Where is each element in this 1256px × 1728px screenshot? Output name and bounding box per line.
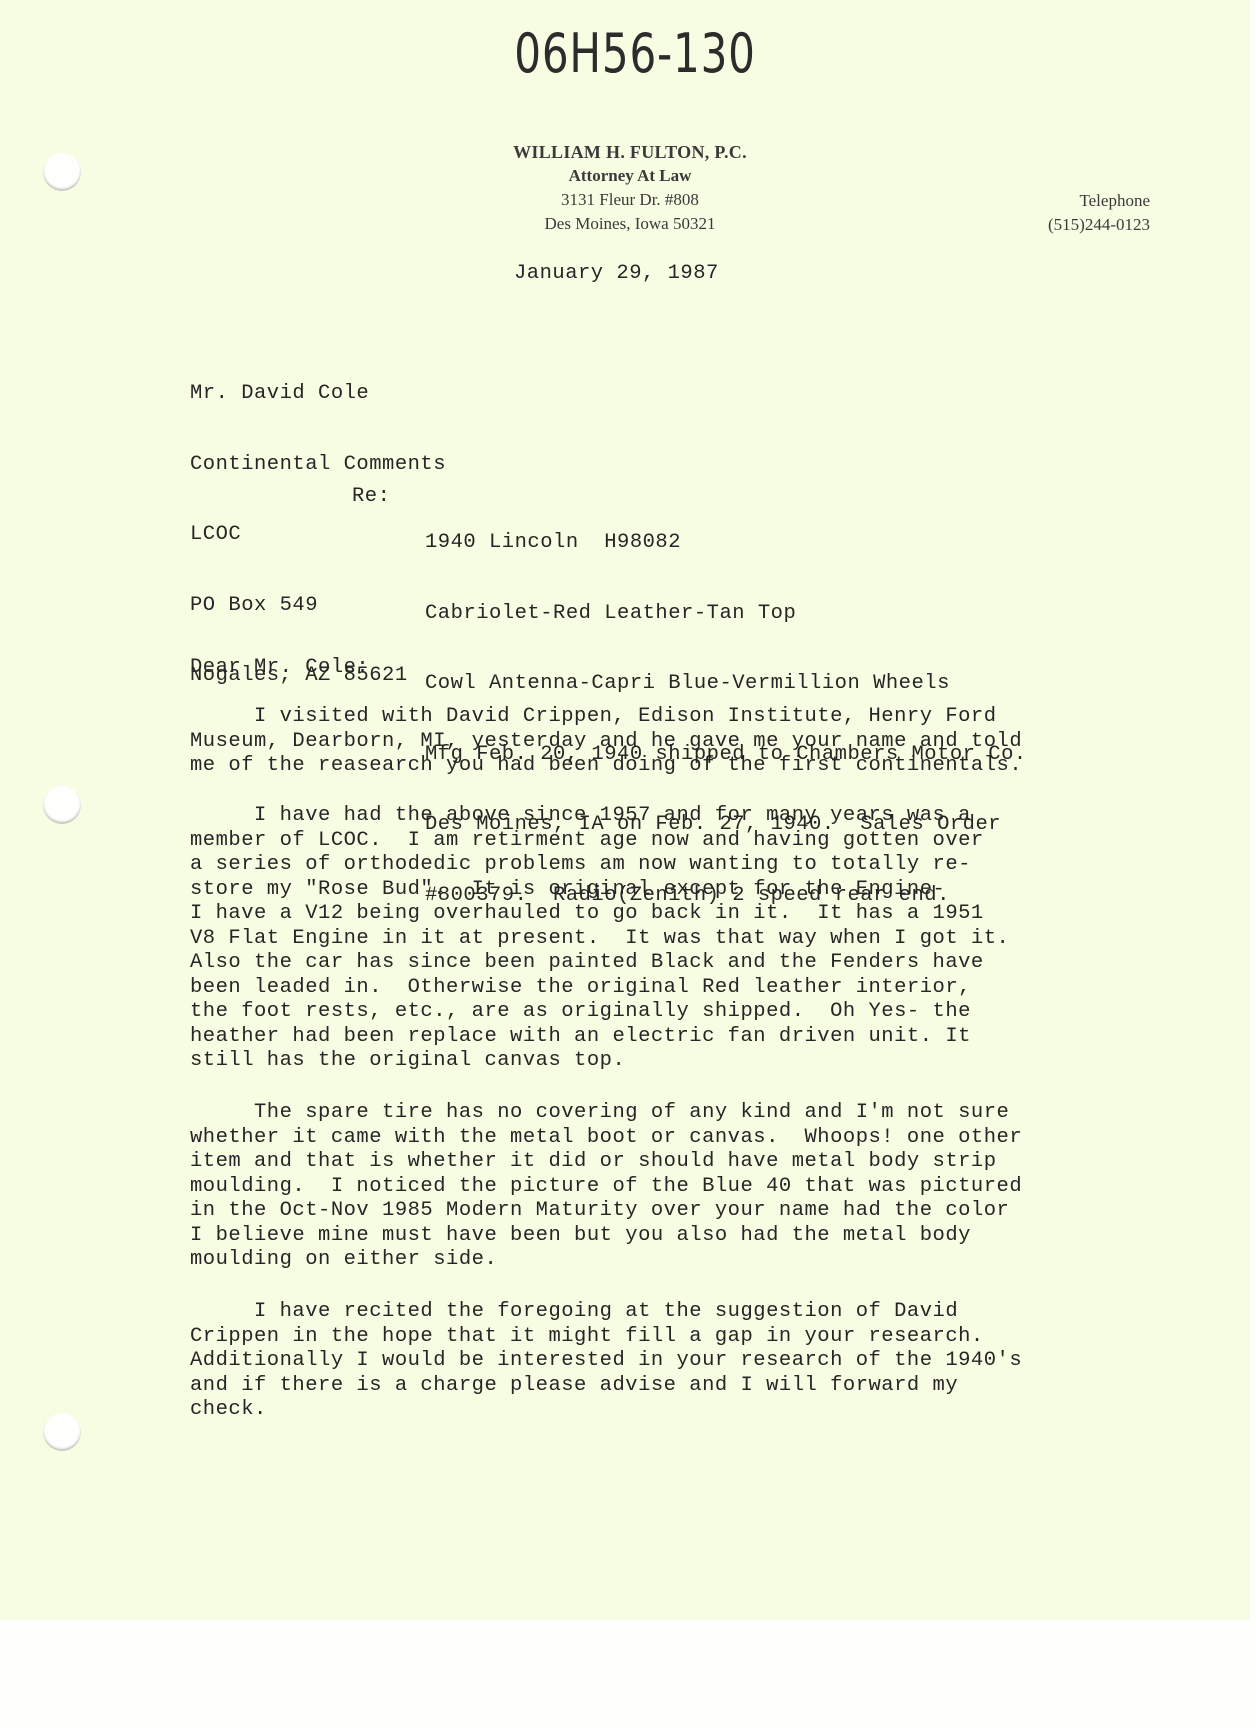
letter-page: 06H56-130 WILLIAM H. FULTON, P.C. Attorn…: [0, 0, 1250, 1620]
paragraph-line: Museum, Dearborn, MI, yesterday and he g…: [190, 730, 1022, 755]
body-paragraph: I have had the above since 1957 and for …: [190, 804, 1009, 1074]
paragraph-line: I visited with David Crippen, Edison Ins…: [190, 705, 1022, 730]
punch-hole: [43, 1413, 81, 1451]
recipient-line: PO Box 549: [190, 594, 446, 619]
firm-phone: Telephone (515)244-0123: [1010, 189, 1150, 237]
salutation: Dear Mr. Cole:: [190, 656, 369, 681]
paragraph-line: a series of orthodedic problems am now w…: [190, 853, 1009, 878]
handwritten-file-number: 06H56-130: [506, 22, 763, 85]
paragraph-line: still has the original canvas top.: [190, 1049, 1009, 1074]
subject-line: 1940 Lincoln H98082: [425, 531, 1027, 556]
paragraph-line: Additionally I would be interested in yo…: [190, 1349, 1022, 1374]
subject-line: Cabriolet-Red Leather-Tan Top: [425, 602, 1027, 627]
paragraph-line: Crippen in the hope that it might fill a…: [190, 1325, 1022, 1350]
phone-number: (515)244-0123: [1010, 213, 1150, 237]
paragraph-line: V8 Flat Engine in it at present. It was …: [190, 927, 1009, 952]
paragraph-line: I believe mine must have been but you al…: [190, 1224, 1022, 1249]
recipient-line: Continental Comments: [190, 453, 446, 478]
firm-title: Attorney At Law: [430, 164, 830, 188]
paragraph-line: The spare tire has no covering of any ki…: [190, 1101, 1022, 1126]
paragraph-line: check.: [190, 1398, 1022, 1423]
subject-label: Re:: [352, 485, 390, 510]
paragraph-line: and if there is a charge please advise a…: [190, 1374, 1022, 1399]
phone-label: Telephone: [1010, 189, 1150, 213]
firm-address-line1: 3131 Fleur Dr. #808: [430, 188, 830, 212]
paragraph-line: item and that is whether it did or shoul…: [190, 1150, 1022, 1175]
firm-address-line2: Des Moines, Iowa 50321: [430, 212, 830, 236]
paragraph-line: I have had the above since 1957 and for …: [190, 804, 1009, 829]
paragraph-line: member of LCOC. I am retirment age now a…: [190, 829, 1009, 854]
subject-line: Cowl Antenna-Capri Blue-Vermillion Wheel…: [425, 672, 1027, 697]
paragraph-line: the foot rests, etc., are as originally …: [190, 1000, 1009, 1025]
body-paragraph: I visited with David Crippen, Edison Ins…: [190, 705, 1022, 779]
paragraph-line: been leaded in. Otherwise the original R…: [190, 976, 1009, 1001]
paragraph-line: in the Oct-Nov 1985 Modern Maturity over…: [190, 1199, 1022, 1224]
paragraph-line: heather had been replace with an electri…: [190, 1025, 1009, 1050]
body-paragraph: I have recited the foregoing at the sugg…: [190, 1300, 1022, 1423]
recipient-line: LCOC: [190, 523, 446, 548]
paragraph-line: moulding on either side.: [190, 1248, 1022, 1273]
punch-hole: [43, 153, 81, 191]
paragraph-line: Also the car has since been painted Blac…: [190, 951, 1009, 976]
firm-name: WILLIAM H. FULTON, P.C.: [430, 140, 830, 164]
paragraph-line: me of the reasearch you had been doing o…: [190, 754, 1022, 779]
body-paragraph: The spare tire has no covering of any ki…: [190, 1101, 1022, 1273]
subject-block: Re: 1940 Lincoln H98082 Cabriolet-Red Le…: [352, 485, 403, 577]
paragraph-line: whether it came with the metal boot or c…: [190, 1126, 1022, 1151]
letter-date: January 29, 1987: [514, 262, 719, 287]
paragraph-line: store my "Rose Bud". It is original exce…: [190, 878, 1009, 903]
paragraph-line: moulding. I noticed the picture of the B…: [190, 1175, 1022, 1200]
paragraph-line: I have a V12 being overhauled to go back…: [190, 902, 1009, 927]
paragraph-line: I have recited the foregoing at the sugg…: [190, 1300, 1022, 1325]
letterhead: WILLIAM H. FULTON, P.C. Attorney At Law …: [430, 140, 830, 236]
punch-hole: [43, 786, 81, 824]
recipient-line: Mr. David Cole: [190, 382, 446, 407]
